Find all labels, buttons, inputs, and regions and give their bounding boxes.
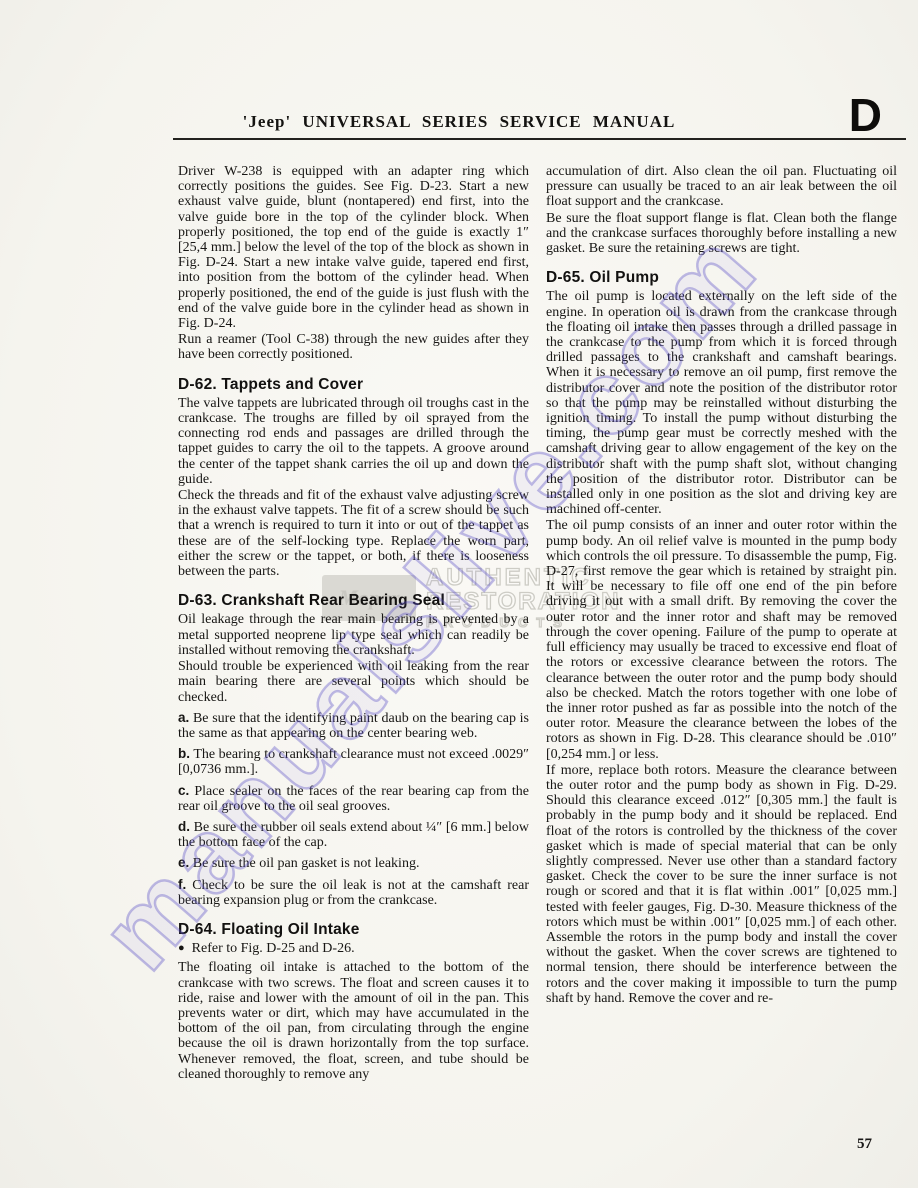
paragraph: Should trouble be experienced with oil l… [178, 659, 529, 705]
item-text: Be sure the oil pan gasket is not leakin… [193, 856, 420, 871]
list-item: a. Be sure that the identifying paint da… [178, 710, 529, 741]
paragraph: The floating oil intake is attached to t… [178, 960, 529, 1082]
paragraph: Oil leakage through the rear main bearin… [178, 612, 529, 658]
left-column: Driver W-238 is equipped with an adapter… [178, 164, 529, 1083]
page-number: 57 [857, 1136, 872, 1153]
paragraph: The oil pump is located externally on th… [546, 289, 897, 517]
bullet-text: Refer to Fig. D-25 and D-26. [192, 941, 355, 956]
section-heading-d62: D-62. Tappets and Cover [178, 377, 529, 392]
right-column: accumulation of dirt. Also clean the oil… [546, 164, 897, 1007]
list-item: b. The bearing to crankshaft clearance m… [178, 746, 529, 777]
paragraph: accumulation of dirt. Also clean the oil… [546, 164, 897, 210]
item-text: Be sure that the identifying paint daub … [178, 711, 529, 741]
item-label: a. [178, 710, 189, 725]
list-item: d. Be sure the rubber oil seals extend a… [178, 819, 529, 850]
bullet-icon: ● [178, 942, 185, 954]
paragraph: The valve tappets are lubricated through… [178, 396, 529, 487]
item-text: Place sealer on the faces of the rear be… [178, 784, 529, 814]
paragraph: Be sure the float support flange is flat… [546, 211, 897, 257]
paragraph: Driver W-238 is equipped with an adapter… [178, 164, 529, 331]
paragraph: Run a reamer (Tool C-38) through the new… [178, 332, 529, 362]
page-title: 'Jeep' UNIVERSAL SERIES SERVICE MANUAL [0, 112, 918, 132]
bullet-reference-line: ●Refer to Fig. D-25 and D-26. [178, 941, 529, 957]
paragraph: The oil pump consists of an inner and ou… [546, 518, 897, 761]
list-item: e. Be sure the oil pan gasket is not lea… [178, 855, 529, 871]
item-text: Be sure the rubber oil seals extend abou… [178, 820, 529, 850]
paragraph: Check the threads and fit of the exhaust… [178, 488, 529, 579]
section-heading-d65: D-65. Oil Pump [546, 270, 897, 285]
section-heading-d64: D-64. Floating Oil Intake [178, 922, 529, 937]
item-label: f. [178, 877, 186, 892]
manual-page: Mopar AUTHENTIC RESTORATION PRODUCTS 'Je… [0, 0, 918, 1188]
section-heading-d63: D-63. Crankshaft Rear Bearing Seal [178, 593, 529, 608]
item-text: Check to be sure the oil leak is not at … [178, 878, 529, 908]
item-label: d. [178, 819, 190, 834]
list-item: f. Check to be sure the oil leak is not … [178, 877, 529, 908]
section-letter: D [849, 92, 882, 138]
item-text: The bearing to crankshaft clearance must… [178, 747, 529, 777]
item-label: c. [178, 783, 189, 798]
item-label: e. [178, 855, 189, 870]
header-rule [173, 138, 906, 140]
paragraph: If more, replace both rotors. Measure th… [546, 763, 897, 1006]
list-item: c. Place sealer on the faces of the rear… [178, 783, 529, 814]
item-label: b. [178, 746, 190, 761]
